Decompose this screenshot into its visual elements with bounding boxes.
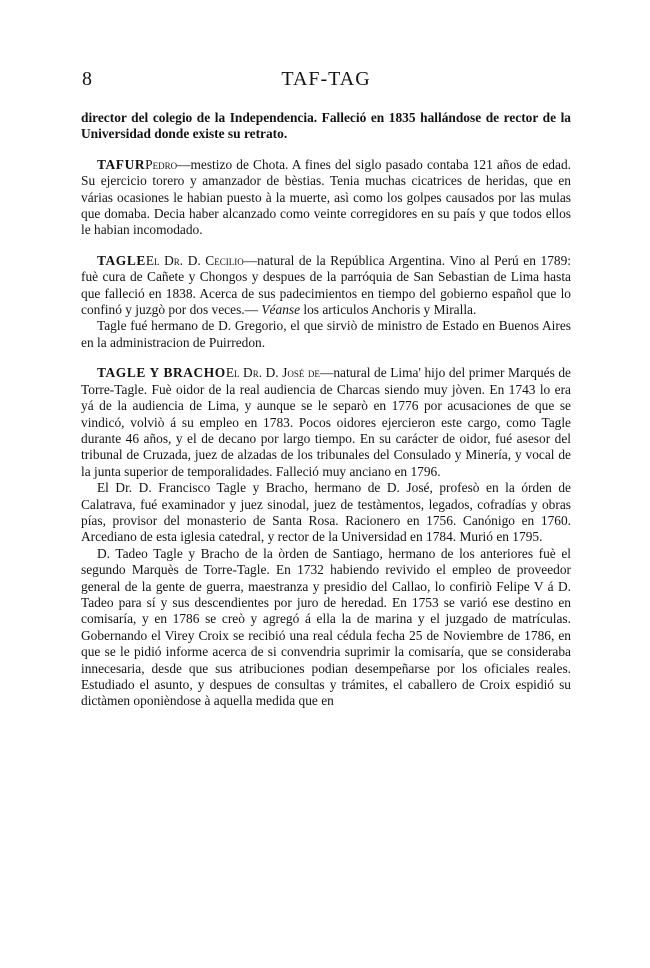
book-page: 8 TAF-TAG director del colegio de la Ind… (81, 68, 571, 710)
running-head: TAF-TAG (81, 68, 571, 91)
entry-tagle-y-bracho-paragraph-francisco: El Dr. D. Francisco Tagle y Bracho, herm… (81, 480, 571, 546)
entry-tagle-y-bracho-paragraph-tadeo: D. Tadeo Tagle y Bracho de la òrden de S… (81, 546, 571, 710)
entry-text: —natural de Lima' hijo del primer Marqué… (81, 365, 571, 478)
entry-tagle: TAGLEEl Dr. D. Cecilio—natural de la Rep… (81, 253, 571, 319)
entry-tagle-y-bracho: TAGLE Y BRACHOEl Dr. D. José de—natural … (81, 365, 571, 480)
entry-name: El Dr. D. José de (226, 365, 320, 380)
entry-name: El Dr. D. Cecilio (146, 253, 244, 268)
headword: TAFUR (97, 157, 145, 172)
entry-tagle-paragraph: Tagle fué hermano de D. Gregorio, el que… (81, 318, 571, 351)
body-text: director del colegio de la Independencia… (81, 110, 571, 710)
entry-text-after: los articulos Anchoris y Miralla. (300, 302, 476, 317)
entry-tafur: TAFURPedro—mestizo de Chota. A fines del… (81, 157, 571, 239)
cross-reference: Véanse (261, 302, 300, 317)
continuation-paragraph: director del colegio de la Independencia… (81, 110, 571, 143)
headword: TAGLE (97, 253, 146, 268)
headword: TAGLE Y BRACHO (97, 365, 226, 380)
entry-name: Pedro (145, 157, 177, 172)
page-header: 8 TAF-TAG (81, 68, 571, 98)
